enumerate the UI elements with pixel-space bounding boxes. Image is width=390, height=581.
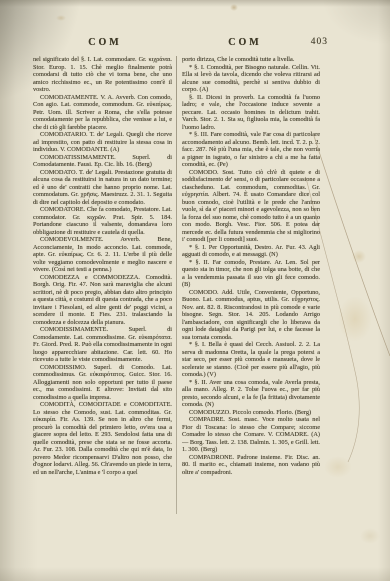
foxing-stain	[352, 250, 366, 263]
entry-paragraph: COMODO. Add. Utile, Conveniente, Opportu…	[182, 289, 320, 342]
scanned-book-page: COM COM 403 nel significato del §. I. La…	[0, 0, 390, 581]
entry-paragraph: COMPADRONE. Padrone insieme. Fir. Disc. …	[182, 454, 320, 477]
entry-paragraph: * §. I. Bella è quasi del Cecch. Assiuol…	[182, 341, 320, 379]
entry-paragraph: * §. I. Per Opportunità, Destro. Ar. Fur…	[182, 244, 320, 259]
entry-paragraph: COMODITÀ, COMODITADE e COMODITATE. Lo st…	[33, 401, 172, 476]
entry-paragraph: * §. I. Comodità, per Bisogno naturale. …	[182, 64, 320, 94]
entry-paragraph: COMODEZZA e COMMODEZZA. Comodità. Borgh.…	[33, 274, 172, 327]
entry-paragraph: COMODISSIMAMENTE. Superl. di Comodamente…	[33, 326, 172, 364]
entry-paragraph: COMODATISSIMAMENTE. Superl. di Comodatam…	[33, 154, 172, 169]
entry-paragraph: COMODATO. T. de' Legali. Prestazione gra…	[33, 169, 172, 207]
column-divider-rule	[176, 56, 177, 514]
entry-paragraph: * §. II. Aver una cosa comoda, vale Aver…	[182, 379, 320, 409]
foxing-stain	[56, 15, 66, 21]
foxing-stain	[338, 296, 372, 342]
entry-paragraph: COMPADRE. Sost. masc. Voce molto usata n…	[182, 416, 320, 454]
entry-paragraph: * §. II. Far comodo, Prestare. Ar. Len. …	[182, 259, 320, 289]
entry-paragraph: nel significato del §. I. Lat. commodare…	[33, 56, 172, 94]
entry-paragraph: COMODISSIMO. Superl. di Comodo. Lat. com…	[33, 364, 172, 402]
text-column-left: nel significato del §. I. Lat. commodare…	[33, 56, 172, 516]
running-title-left: COM	[60, 37, 150, 48]
entry-paragraph: COMODATORE. Che fa comodato, Prestatore.…	[33, 206, 172, 236]
foxing-stain	[324, 456, 352, 478]
foxing-stain	[230, 4, 238, 11]
entry-paragraph: §. II. Dicesi in proverb. La comodità fa…	[182, 94, 320, 132]
page-header: COM COM 403	[0, 37, 390, 51]
text-column-right: porto dirizza, Che le comodità tutte a l…	[182, 56, 320, 516]
entry-paragraph: COMODUZZO. Piccolo comodo. Florio. (Berg…	[182, 409, 320, 417]
foxing-stain	[360, 528, 380, 544]
entry-paragraph: COMODATAMENTE. V. A. Avverb. Con comodo,…	[33, 94, 172, 132]
page-number: 403	[296, 37, 328, 47]
entry-paragraph: porto dirizza, Che le comodità tutte a l…	[182, 56, 320, 64]
entry-paragraph: COMODEVOLMENTE. Avverb. Bene, Acconciame…	[33, 236, 172, 274]
running-title-right: COM	[203, 37, 287, 48]
entry-paragraph: COMODATARIO. T. de' Legali. Quegli che r…	[33, 131, 172, 154]
entry-paragraph: COMODO. Sost. Tutto ciò ch'è di quiete e…	[182, 169, 320, 244]
entry-paragraph: * §. III. Fare comodità, vale Far cosa d…	[182, 131, 320, 169]
